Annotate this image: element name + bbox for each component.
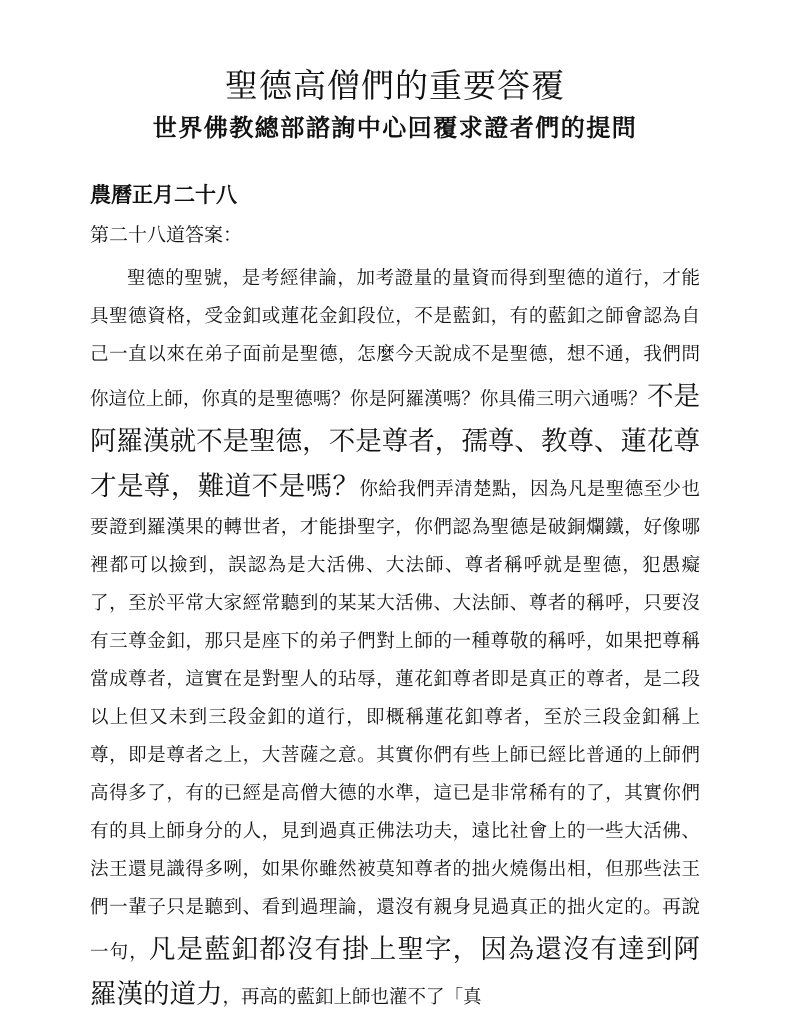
body-paragraph: 聖德的聖號，是考經律論，加考證量的量資而得到聖德的道行，才能具聖德資格，受金釦或… <box>90 260 700 1017</box>
page-number: 1 <box>687 936 695 953</box>
paragraph-segment-normal: ，再高的藍釦上師也灌不了「真 <box>223 988 482 1008</box>
document-page: 聖德高僧們的重要答覆 世界佛教總部諮詢中心回覆求證者們的提問 農曆正月二十八 第… <box>0 0 790 1022</box>
paragraph-segment-normal: 聖德的聖號，是考經律論，加考證量的量資而得到聖德的道行，才能具聖德資格，受金釦或… <box>90 269 700 410</box>
document-subtitle: 世界佛教總部諮詢中心回覆求證者們的提問 <box>90 113 700 145</box>
answer-heading: 第二十八道答案： <box>90 225 700 248</box>
date-heading: 農曆正月二十八 <box>90 183 700 208</box>
document-title: 聖德高僧們的重要答覆 <box>90 66 700 109</box>
paragraph-segment-normal: 你給我們弄清楚點，因為凡是聖德至少也要證到羅漢果的轉世者，才能掛聖字，你們認為聖… <box>90 480 700 963</box>
